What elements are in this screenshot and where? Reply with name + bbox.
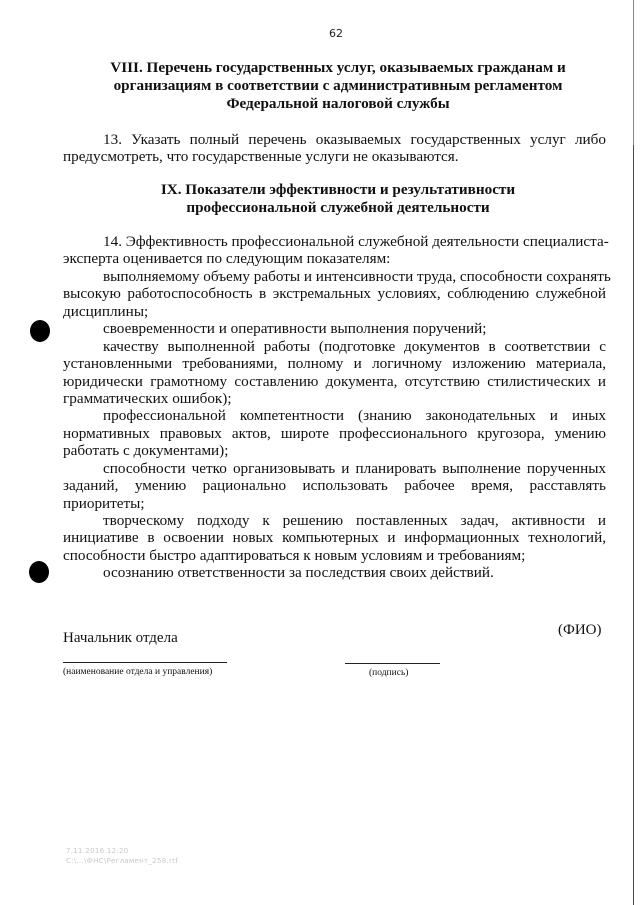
scan-edge-line-dark bbox=[633, 145, 634, 905]
punch-hole-mark bbox=[29, 561, 49, 583]
paragraph-14: 14. Эффективность профессиональной служе… bbox=[63, 233, 606, 582]
text-line: выполняемому объему работы и интенсивнос… bbox=[63, 268, 606, 285]
text-line: своевременности и оперативности выполнен… bbox=[63, 320, 606, 337]
signature-caption: (подпись) bbox=[369, 668, 408, 678]
text-line: профессиональной компетентности (знанию … bbox=[63, 407, 606, 424]
text-line: творческому подходу к решению поставленн… bbox=[63, 512, 606, 529]
text-line: дисциплины; bbox=[63, 303, 606, 320]
text-line: нормативных правовых актов, широте профе… bbox=[63, 425, 606, 442]
department-signature-line bbox=[63, 662, 227, 663]
heading-line: VIII. Перечень государственных услуг, ок… bbox=[90, 59, 586, 77]
fio-label: (ФИО) bbox=[558, 622, 602, 639]
page-number: 62 bbox=[0, 27, 640, 40]
text-line: осознанию ответственности за последствия… bbox=[63, 564, 606, 581]
text-line: предусмотреть, что государственные услуг… bbox=[63, 148, 606, 165]
text-line: эксперта оценивается по следующим показа… bbox=[63, 250, 606, 267]
footer-file-path: C:\...\ФНС\Регламент_258.rtf bbox=[66, 857, 178, 865]
text-line: 13. Указать полный перечень оказываемых … bbox=[63, 131, 606, 148]
text-line: способности четко организовывать и плани… bbox=[63, 460, 606, 477]
text-line: заданий, умению рационально использовать… bbox=[63, 477, 606, 494]
text-line: работать с документами); bbox=[63, 442, 606, 459]
paragraph-13: 13. Указать полный перечень оказываемых … bbox=[63, 131, 606, 166]
document-page: 62 VIII. Перечень государственных услуг,… bbox=[0, 0, 640, 905]
footer-timestamp: 7.11.2016 12:20 bbox=[66, 847, 129, 855]
text-line: установленными требованиями, полному и л… bbox=[63, 355, 606, 372]
text-line: 14. Эффективность профессиональной служе… bbox=[63, 233, 606, 250]
text-line: приоритеты; bbox=[63, 495, 606, 512]
department-caption: (наименование отдела и управления) bbox=[63, 667, 212, 677]
section-9-heading: IX. Показатели эффективности и результат… bbox=[90, 181, 586, 217]
heading-line: организациям в соответствии с администра… bbox=[90, 77, 586, 95]
heading-line: профессиональной служебной деятельности bbox=[90, 199, 586, 217]
text-line: инициативе в освоении новых компьютерных… bbox=[63, 529, 606, 546]
text-line: грамматических ошибок); bbox=[63, 390, 606, 407]
heading-line: Федеральной налоговой службы bbox=[90, 95, 586, 113]
signature-line bbox=[345, 663, 440, 664]
text-line: качеству выполненной работы (подготовке … bbox=[63, 338, 606, 355]
text-line: способности быстро адаптироваться к новы… bbox=[63, 547, 606, 564]
signature-title: Начальник отдела bbox=[63, 630, 178, 647]
text-line: высокую работоспособность в экстремальны… bbox=[63, 285, 606, 302]
section-8-heading: VIII. Перечень государственных услуг, ок… bbox=[90, 59, 586, 113]
heading-line: IX. Показатели эффективности и результат… bbox=[90, 181, 586, 199]
punch-hole-mark bbox=[30, 320, 50, 342]
text-line: юридически грамотному составлению докуме… bbox=[63, 373, 606, 390]
